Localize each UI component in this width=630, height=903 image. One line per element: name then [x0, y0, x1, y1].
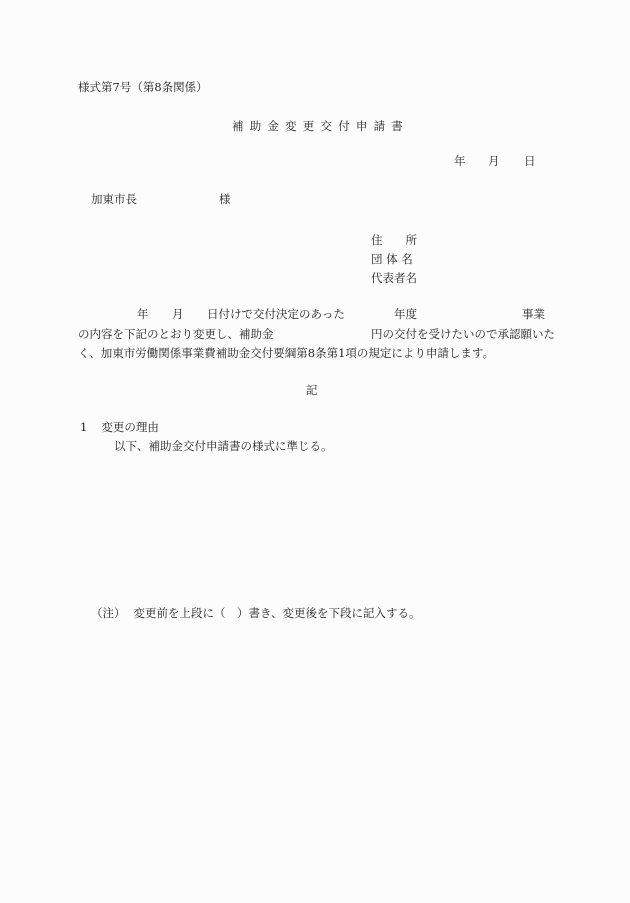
item-1-heading: 1変更の理由: [80, 422, 159, 434]
note-text: 変更前を上段に（ ）書き、変更後を下段に記入する。: [134, 606, 421, 620]
body-month: 月: [172, 309, 184, 321]
body-project: 事業: [522, 309, 545, 321]
applicant-representative-label: 代表者名: [371, 273, 417, 285]
body-line-3: く、加東市労働関係事業費補助金交付要綱第8条第1項の規定により申請します。: [78, 348, 494, 360]
note-label: （注）: [91, 606, 126, 620]
item-1-number: 1: [80, 420, 87, 434]
applicant-address-label: 住 所: [371, 235, 417, 247]
document-title: 補助金変更交付申請書: [232, 121, 409, 133]
note: （注）変更前を上段に（ ）書き、変更後を下段に記入する。: [91, 608, 421, 620]
body-line-2-part-2: 円の交付を受けたいので承認願いた: [371, 329, 555, 341]
body-year: 年: [137, 309, 149, 321]
form-number: 様式第7号（第8条関係）: [78, 82, 208, 94]
item-1-content: 以下、補助金交付申請書の様式に準じる。: [114, 441, 333, 453]
applicant-organization-label: 団 体 名: [371, 254, 413, 266]
date-month-label: 月: [488, 156, 500, 168]
addressee-name: 加東市長: [91, 194, 137, 206]
date-year-label: 年: [454, 156, 466, 168]
ki-heading: 記: [306, 385, 318, 397]
body-line-2-part-1: の内容を下記のとおり変更し、補助金: [78, 329, 274, 341]
body-fiscal-year: 年度: [394, 309, 417, 321]
date-day-label: 日: [524, 156, 536, 168]
addressee-honorific: 様: [219, 194, 231, 206]
body-day-text: 日付けで交付決定のあった: [207, 309, 345, 321]
item-1-title: 変更の理由: [101, 420, 159, 434]
